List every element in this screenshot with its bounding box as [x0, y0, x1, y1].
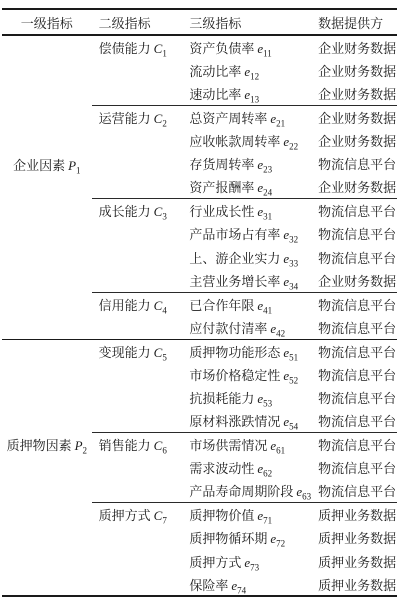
level3-cell: 质押物功能形态e51 — [182, 339, 311, 362]
level1-cell: 质押物因素P2 — [2, 339, 92, 596]
level2-cell: 质押方式C7 — [92, 503, 183, 526]
level3-cell: 抗损耗能力e53 — [182, 386, 311, 409]
level3-cell: 存货周转率e23 — [182, 152, 311, 175]
variable-subscript: 54 — [289, 422, 298, 432]
level3-cell: 上、游企业实力e33 — [182, 246, 311, 269]
provider-cell: 物流信息平台 — [311, 222, 397, 245]
variable-subscript: 2 — [83, 446, 88, 456]
provider-cell: 企业财务数据 — [311, 82, 397, 105]
variable-symbol: C — [154, 298, 163, 313]
level3-cell: 行业成长性e31 — [182, 199, 311, 222]
variable-subscript: 41 — [263, 305, 272, 315]
provider-cell: 物流信息平台 — [311, 316, 397, 339]
variable-subscript: 1 — [162, 48, 167, 58]
level2-cell — [92, 152, 183, 175]
level2-cell — [92, 129, 183, 152]
variable-subscript: 52 — [289, 375, 298, 385]
variable-subscript: 12 — [250, 71, 259, 81]
level3-cell: 速动比率e13 — [182, 82, 311, 105]
level1-cell: 企业因素P1 — [2, 35, 92, 339]
variable-subscript: 74 — [237, 585, 246, 595]
variable-subscript: 5 — [162, 352, 167, 362]
level3-cell: 产品市场占有率e32 — [182, 222, 311, 245]
variable-symbol: C — [154, 41, 163, 56]
variable-symbol: P — [68, 158, 76, 173]
table-header: 一级指标 二级指标 三级指标 数据提供方 — [2, 9, 397, 35]
variable-subscript: 4 — [162, 305, 167, 315]
provider-cell: 企业财务数据 — [311, 105, 397, 128]
variable-subscript: 24 — [263, 188, 272, 198]
provider-cell: 质押业务数据 — [311, 550, 397, 573]
provider-cell: 物流信息平台 — [311, 292, 397, 315]
variable-subscript: 42 — [276, 328, 285, 338]
level3-cell: 应收帐款周转率e22 — [182, 129, 311, 152]
level3-cell: 需求波动性e62 — [182, 456, 311, 479]
variable-subscript: 61 — [276, 446, 285, 456]
variable-subscript: 51 — [289, 352, 298, 362]
variable-subscript: 73 — [250, 562, 259, 572]
provider-cell: 物流信息平台 — [311, 199, 397, 222]
header-provider: 数据提供方 — [311, 9, 397, 35]
level2-cell — [92, 269, 183, 292]
level3-cell: 主营业务增长率e34 — [182, 269, 311, 292]
level1-label: 企业因素P1 — [13, 155, 80, 174]
level2-cell — [92, 58, 183, 81]
level2-cell — [92, 573, 183, 596]
variable-symbol: C — [154, 345, 163, 360]
provider-cell: 物流信息平台 — [311, 409, 397, 432]
header-level3: 三级指标 — [182, 9, 311, 35]
variable-subscript: 13 — [250, 94, 259, 104]
provider-cell: 企业财务数据 — [311, 129, 397, 152]
level3-cell: 保险率e74 — [182, 573, 311, 596]
level3-cell: 质押方式e73 — [182, 550, 311, 573]
provider-cell: 企业财务数据 — [311, 35, 397, 58]
provider-cell: 质押业务数据 — [311, 526, 397, 549]
level3-cell: 质押物价值e71 — [182, 503, 311, 526]
level3-cell: 总资产周转率e21 — [182, 105, 311, 128]
variable-subscript: 23 — [263, 165, 272, 175]
provider-cell: 物流信息平台 — [311, 386, 397, 409]
level2-cell — [92, 175, 183, 198]
provider-cell: 企业财务数据 — [311, 58, 397, 81]
level2-cell: 变现能力C5 — [92, 339, 183, 362]
variable-subscript: 7 — [162, 516, 167, 526]
level3-cell: 资产负债率e11 — [182, 35, 311, 58]
variable-subscript: 32 — [289, 235, 298, 245]
level2-cell: 运营能力C2 — [92, 105, 183, 128]
variable-subscript: 71 — [263, 516, 272, 526]
level1-label: 质押物因素P2 — [7, 435, 87, 454]
indicator-table: 一级指标 二级指标 三级指标 数据提供方 企业因素P1偿债能力C1资产负债率e1… — [2, 8, 397, 597]
variable-symbol: P — [75, 438, 83, 453]
provider-cell: 质押业务数据 — [311, 503, 397, 526]
provider-cell: 物流信息平台 — [311, 362, 397, 385]
variable-subscript: 22 — [289, 141, 298, 151]
provider-cell: 企业财务数据 — [311, 175, 397, 198]
variable-subscript: 11 — [263, 48, 272, 58]
variable-subscript: 72 — [276, 539, 285, 549]
variable-subscript: 31 — [263, 212, 272, 222]
level2-cell — [92, 246, 183, 269]
variable-symbol: C — [154, 111, 163, 126]
level3-cell: 市场供需情况e61 — [182, 433, 311, 456]
level3-cell: 市场价格稳定性e52 — [182, 362, 311, 385]
level3-cell: 已合作年限e41 — [182, 292, 311, 315]
table-row: 质押物因素P2变现能力C5质押物功能形态e51物流信息平台 — [2, 339, 397, 362]
variable-subscript: 6 — [162, 446, 167, 456]
variable-symbol: C — [154, 508, 163, 523]
variable-subscript: 33 — [289, 258, 298, 268]
variable-subscript: 53 — [263, 399, 272, 409]
level2-cell — [92, 386, 183, 409]
provider-cell: 物流信息平台 — [311, 456, 397, 479]
table-body: 企业因素P1偿债能力C1资产负债率e11企业财务数据流动比率e12企业财务数据速… — [2, 35, 397, 596]
provider-cell: 物流信息平台 — [311, 479, 397, 502]
level3-cell: 资产报酬率e24 — [182, 175, 311, 198]
level2-cell — [92, 550, 183, 573]
level2-cell — [92, 526, 183, 549]
table-header-row: 一级指标 二级指标 三级指标 数据提供方 — [2, 9, 397, 35]
level2-cell — [92, 409, 183, 432]
variable-subscript: 62 — [263, 469, 272, 479]
level2-cell — [92, 479, 183, 502]
provider-cell: 企业财务数据 — [311, 269, 397, 292]
variable-subscript: 21 — [276, 118, 285, 128]
variable-subscript: 63 — [302, 492, 311, 502]
level2-cell: 偿债能力C1 — [92, 35, 183, 58]
provider-cell: 质押业务数据 — [311, 573, 397, 596]
provider-cell: 物流信息平台 — [311, 246, 397, 269]
level3-cell: 质押物循环期e72 — [182, 526, 311, 549]
provider-cell: 物流信息平台 — [311, 339, 397, 362]
level2-cell: 信用能力C4 — [92, 292, 183, 315]
variable-subscript: 34 — [289, 281, 298, 291]
variable-subscript: 3 — [162, 212, 167, 222]
provider-cell: 物流信息平台 — [311, 152, 397, 175]
variable-subscript: 2 — [162, 118, 167, 128]
level2-cell — [92, 456, 183, 479]
level3-cell: 产品寿命周期阶段e63 — [182, 479, 311, 502]
level3-cell: 原材料涨跌情况e54 — [182, 409, 311, 432]
level2-cell — [92, 316, 183, 339]
level2-cell — [92, 82, 183, 105]
level2-cell: 成长能力C3 — [92, 199, 183, 222]
provider-cell: 物流信息平台 — [311, 433, 397, 456]
level2-cell: 销售能力C6 — [92, 433, 183, 456]
table-row: 企业因素P1偿债能力C1资产负债率e11企业财务数据 — [2, 35, 397, 58]
level3-cell: 应付款付清率e42 — [182, 316, 311, 339]
level2-cell — [92, 222, 183, 245]
level3-cell: 流动比率e12 — [182, 58, 311, 81]
variable-symbol: C — [154, 438, 163, 453]
variable-symbol: C — [154, 204, 163, 219]
header-level2: 二级指标 — [92, 9, 183, 35]
header-level1: 一级指标 — [2, 9, 92, 35]
level2-cell — [92, 362, 183, 385]
paper-table-page: 一级指标 二级指标 三级指标 数据提供方 企业因素P1偿债能力C1资产负债率e1… — [0, 0, 399, 611]
variable-subscript: 1 — [76, 165, 81, 175]
